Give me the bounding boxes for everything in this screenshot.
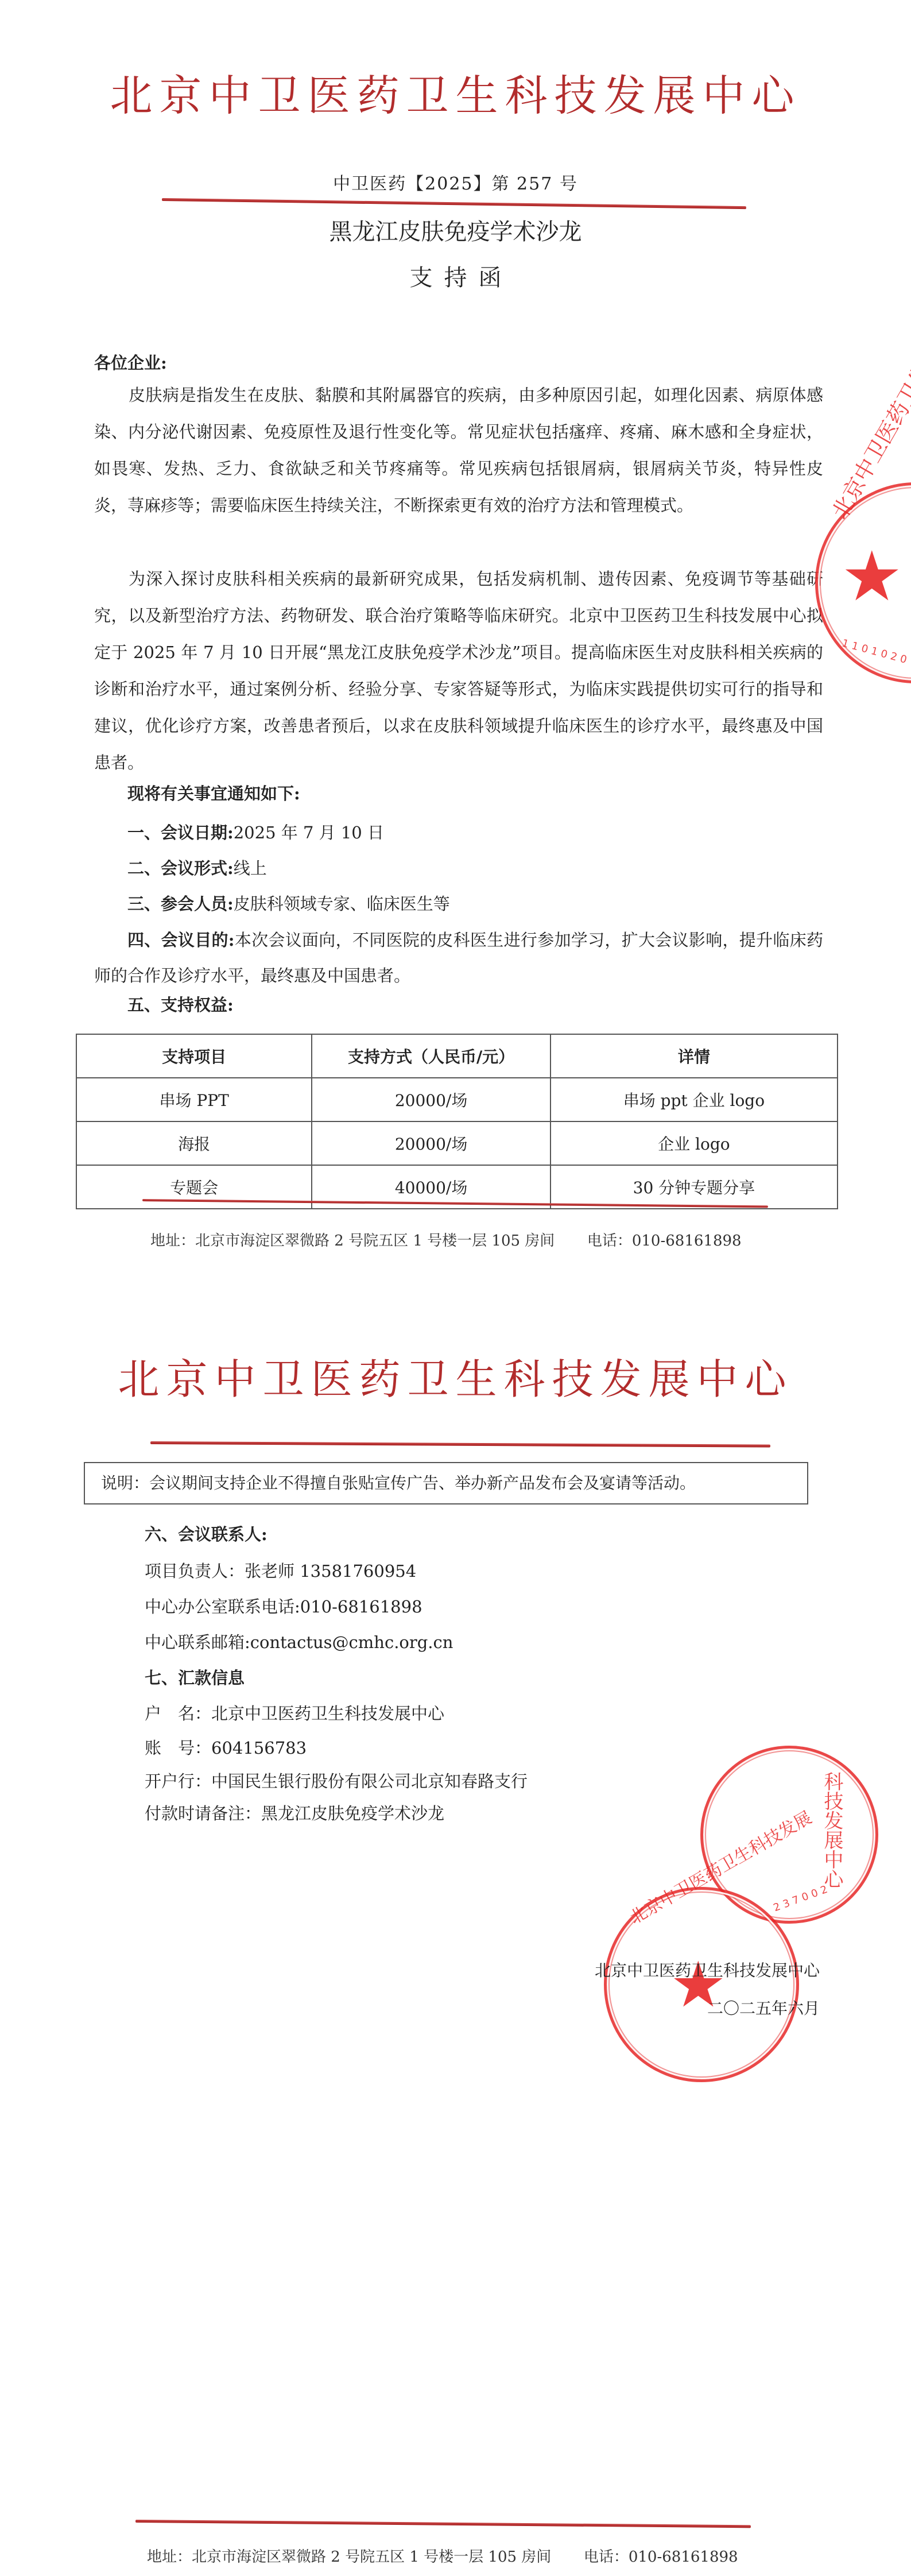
stamp-serial: 237002 [772,1882,833,1914]
paragraph-purpose: 为深入探讨皮肤科相关疾病的最新研究成果，包括发病机制、遗传因素、免疫调节等基础研… [94,560,823,781]
note-box: 说明：会议期间支持企业不得擅自张贴宣传广告、举办新产品发布会及宴请等活动。 [84,1462,808,1504]
event-title: 黑龙江皮肤免疫学术沙龙 [0,214,911,246]
item-label: 一、会议日期: [127,823,234,842]
letterhead-title-page-2: 北京中卫医药卫生科技发展中心 [0,1359,911,1400]
footer-address: 地址：北京市海淀区翠微路 2 号院五区 1 号楼一层 105 房间 电话：010… [150,1229,742,1250]
item-label: 四、会议目的: [127,930,235,950]
item-label: 二、会议形式: [127,858,234,878]
signature-date: 二〇二五年六月 [556,1996,820,2019]
item-meeting-date: 一、会议日期:2025 年 7 月 10 日 [127,821,384,844]
notice-intro: 现将有关事宜通知如下: [127,782,300,805]
item-value: 线上 [234,858,267,878]
stamp-ring-text: 科技发展中心 [818,1772,846,1889]
official-seal-stamp-upper: 科技发展中心 237002 [700,1746,878,1924]
footer-address-text: 地址：北京市海淀区翠微路 2 号院五区 1 号楼一层 105 房间 [147,2548,551,2566]
table-cell: 海报 [76,1121,312,1165]
table-header-item: 支持项目 [76,1034,312,1078]
salutation: 各位企业: [94,351,167,374]
paragraph-intro: 皮肤病是指发生在皮肤、黏膜和其附属器官的疾病，由多种原因引起，如理化因素、病原体… [94,377,823,524]
footer-address-page-2: 地址：北京市海淀区翠微路 2 号院五区 1 号楼一层 105 房间 电话：010… [147,2545,738,2566]
signature-organization: 北京中卫医药卫生科技发展中心 [556,1958,820,1981]
remit-account-number: 账 号：604156783 [145,1736,307,1759]
header-red-rule-page-2 [150,1441,770,1448]
contact-email: 中心联系邮箱:contactus@cmhc.org.cn [145,1631,453,1654]
table-header-method: 支持方式（人民币/元） [312,1034,550,1078]
table-row: 海报 20000/场 企业 logo [76,1121,838,1165]
remit-account-name: 户 名：北京中卫医药卫生科技发展中心 [145,1702,444,1725]
remit-bank: 开户行：中国民生银行股份有限公司北京知春路支行 [145,1770,528,1793]
item-meeting-purpose: 四、会议目的:本次会议面向，不同医院的皮科医生进行参加学习，扩大会议影响，提升临… [94,922,823,993]
table-row: 串场 PPT 20000/场 串场 ppt 企业 logo [76,1078,838,1121]
footer-red-rule-page-2 [135,2520,751,2528]
star-icon: ★ [841,543,903,612]
table-cell: 20000/场 [312,1121,550,1165]
table-header-details: 详情 [551,1034,838,1078]
stamp-serial: 1101020 [840,637,911,667]
table-cell: 企业 logo [551,1121,838,1165]
table-cell: 串场 ppt 企业 logo [551,1078,838,1121]
section-5-title: 五、支持权益: [127,993,234,1016]
stamp-ring-text: 北京中卫医药卫生 [823,357,911,524]
footer-phone-text: 电话：010-68161898 [584,2548,738,2566]
letterhead-title: 北京中卫医药卫生科技发展中心 [0,75,911,117]
contact-office-phone: 中心办公室联系电话:010-68161898 [145,1595,422,1618]
letter-type-heading: 支持函 [0,260,911,292]
item-label: 三、参会人员: [127,894,234,914]
document-number: 中卫医药【2025】第 257 号 [0,169,911,195]
footer-address-text: 地址：北京市海淀区翠微路 2 号院五区 1 号楼一层 105 房间 [150,1232,555,1250]
item-attendees: 三、参会人员:皮肤科领域专家、临床医生等 [127,892,450,915]
header-red-rule [162,198,746,209]
official-seal-stamp-lower: ★ 北京中卫医药卫生科技发展 [604,1887,799,2082]
remit-payment-note: 付款时请备注：黑龙江皮肤免疫学术沙龙 [145,1802,444,1825]
table-cell: 20000/场 [312,1078,550,1121]
support-benefits-table: 支持项目 支持方式（人民币/元） 详情 串场 PPT 20000/场 串场 pp… [76,1034,838,1209]
footer-phone-text: 电话：010-68161898 [587,1232,742,1250]
table-cell: 串场 PPT [76,1078,312,1121]
contact-project-lead: 项目负责人：张老师 13581760954 [145,1560,416,1583]
table-header-row: 支持项目 支持方式（人民币/元） 详情 [76,1034,838,1078]
item-value: 皮肤科领域专家、临床医生等 [234,894,450,914]
table-cell: 30 分钟专题分享 [551,1165,838,1209]
section-6-title: 六、会议联系人: [145,1523,268,1546]
item-meeting-format: 二、会议形式:线上 [127,857,267,880]
stamp-ring-text: 北京中卫医药卫生科技发展 [624,1804,816,1929]
official-seal-stamp: ★ 北京中卫医药卫生 1101020 [815,482,911,683]
section-7-title: 七、汇款信息 [145,1666,245,1689]
item-value: 2025 年 7 月 10 日 [234,823,384,842]
